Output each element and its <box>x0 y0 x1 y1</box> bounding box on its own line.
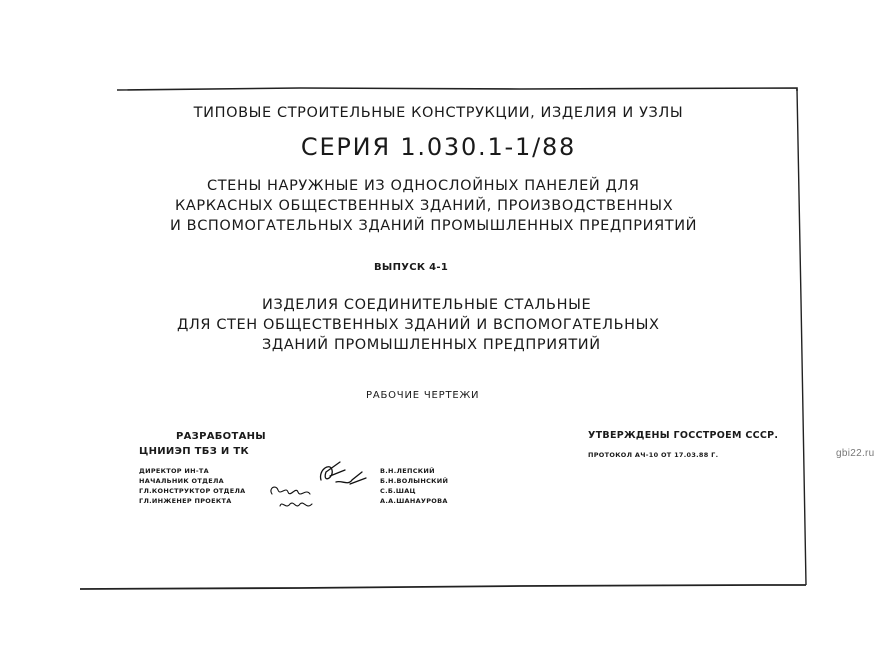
approval-protocol: ПРОТОКОЛ АЧ-10 ОТ 17.03.88 Г. <box>588 450 718 460</box>
developed-label: РАЗРАБОТАНЫ <box>176 431 266 442</box>
signature-chief <box>271 487 312 506</box>
issue-number: ВЫПУСК 4-1 <box>374 262 448 273</box>
signature-director <box>321 462 366 484</box>
frame-bottom-border <box>80 585 806 589</box>
series-number: СЕРИЯ 1.030.1-1/88 <box>0 133 877 161</box>
name-3: С.Б.ШАЦ <box>380 486 448 496</box>
subtitle-line-1: ИЗДЕЛИЯ СОЕДИНИТЕЛЬНЫЕ СТАЛЬНЫЕ <box>262 297 591 313</box>
watermark: gbi22.ru <box>836 448 875 459</box>
position-1: ДИРЕКТОР ИН-ТА <box>139 466 246 476</box>
title-line-3: И ВСПОМОГАТЕЛЬНЫХ ЗДАНИЙ ПРОМЫШЛЕННЫХ ПР… <box>170 218 697 234</box>
name-2: Б.Н.ВОЛЫНСКИЙ <box>380 476 448 486</box>
name-4: А.А.ШАНАУРОВА <box>380 496 448 506</box>
document-type: РАБОЧИЕ ЧЕРТЕЖИ <box>366 390 479 401</box>
position-4: ГЛ.ИНЖЕНЕР ПРОЕКТА <box>139 496 246 506</box>
position-2: НАЧАЛЬНИК ОТДЕЛА <box>139 476 246 486</box>
name-1: В.Н.ЛЕПСКИЙ <box>380 466 448 476</box>
developer-org: ЦНИИЭП ТБЗ И ТК <box>139 446 249 457</box>
document-header: ТИПОВЫЕ СТРОИТЕЛЬНЫЕ КОНСТРУКЦИИ, ИЗДЕЛИ… <box>0 105 877 121</box>
position-3: ГЛ.КОНСТРУКТОР ОТДЕЛА <box>139 486 246 496</box>
title-line-2: КАРКАСНЫХ ОБЩЕСТВЕННЫХ ЗДАНИЙ, ПРОИЗВОДС… <box>175 198 673 214</box>
subtitle-line-2: ДЛЯ СТЕН ОБЩЕСТВЕННЫХ ЗДАНИЙ И ВСПОМОГАТ… <box>177 317 660 333</box>
subtitle-line-3: ЗДАНИЙ ПРОМЫШЛЕННЫХ ПРЕДПРИЯТИЙ <box>262 337 601 353</box>
frame-right-border <box>797 89 806 585</box>
positions-list: ДИРЕКТОР ИН-ТА НАЧАЛЬНИК ОТДЕЛА ГЛ.КОНСТ… <box>139 466 246 506</box>
names-list: В.Н.ЛЕПСКИЙ Б.Н.ВОЛЫНСКИЙ С.Б.ШАЦ А.А.ША… <box>380 466 448 506</box>
approved-label: УТВЕРЖДЕНЫ ГОССТРОЕМ СССР. <box>588 430 778 441</box>
title-line-1: СТЕНЫ НАРУЖНЫЕ ИЗ ОДНОСЛОЙНЫХ ПАНЕЛЕЙ ДЛ… <box>207 178 640 194</box>
frame-top-border <box>117 88 797 91</box>
